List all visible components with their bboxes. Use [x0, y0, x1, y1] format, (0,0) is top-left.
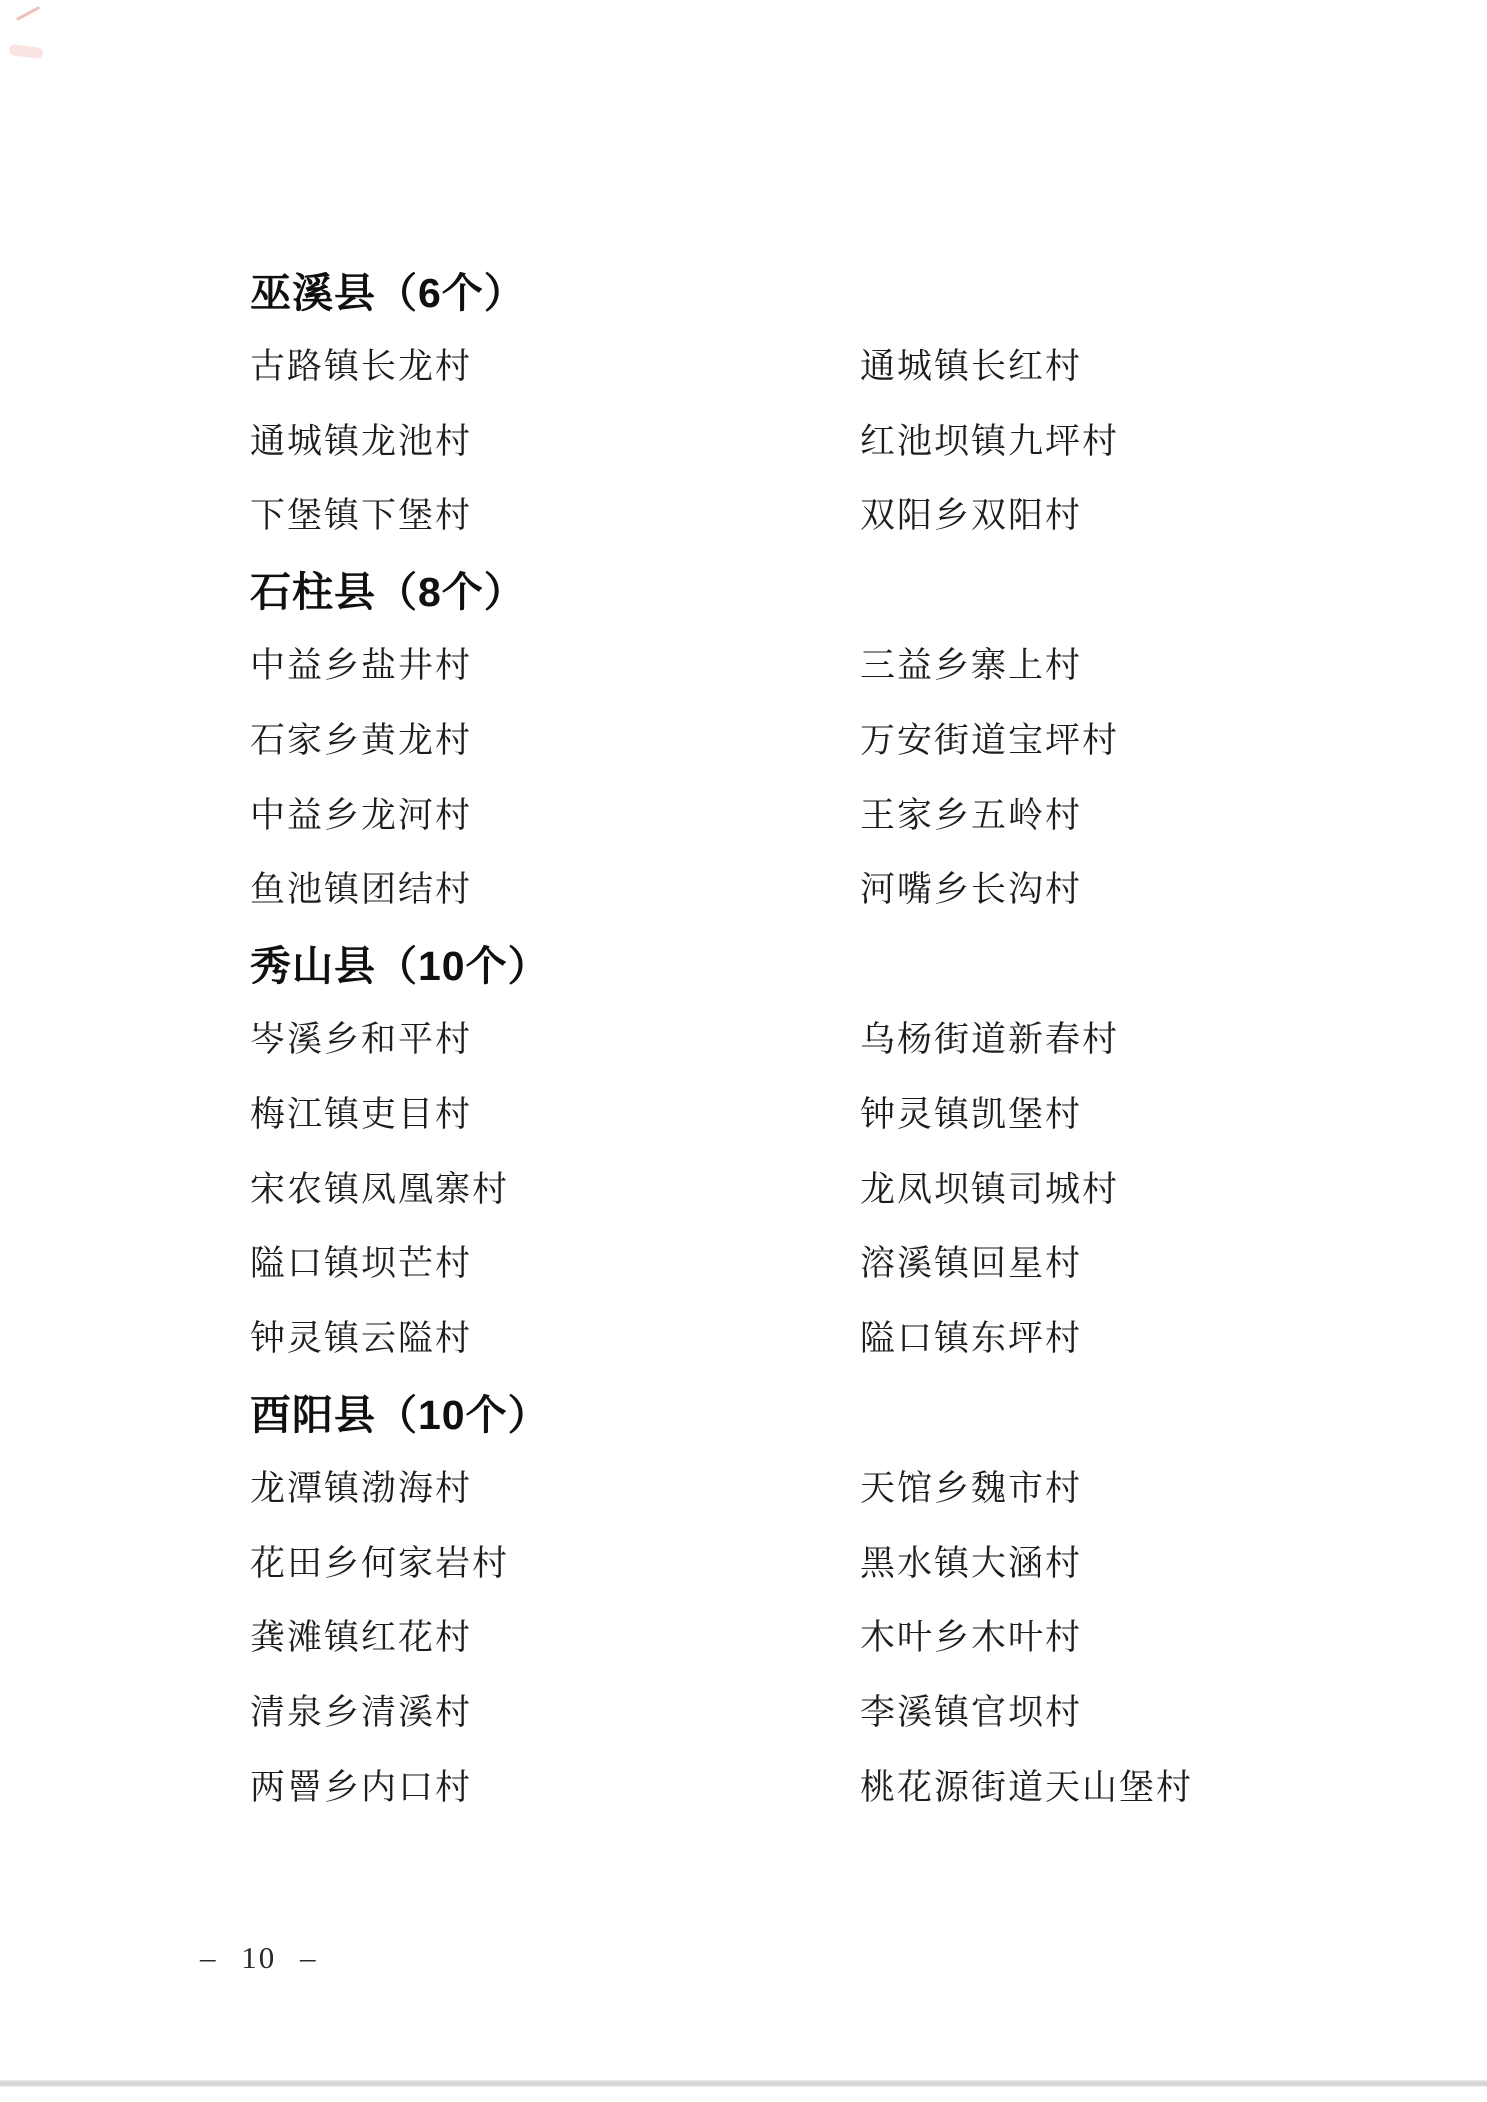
village-name-right: 桃花源街道天山堡村	[860, 1769, 1440, 1808]
village-name-left: 梅江镇吏目村	[250, 1096, 860, 1135]
village-name-left: 下堡镇下堡村	[250, 497, 860, 536]
village-name-left: 清泉乡清溪村	[250, 1694, 860, 1733]
county-heading: 石柱县（8个）	[250, 572, 526, 613]
village-name-right: 双阳乡双阳村	[860, 497, 1440, 536]
county-heading-row: 巫溪县（6个）	[250, 273, 1440, 348]
village-row: 梅江镇吏目村 钟灵镇凯堡村	[250, 1096, 1440, 1171]
village-name-right: 天馆乡魏市村	[860, 1470, 1440, 1509]
village-name-left: 鱼池镇团结村	[250, 871, 860, 910]
village-row: 隘口镇坝芒村 溶溪镇回星村	[250, 1245, 1440, 1320]
village-name-left: 龙潭镇渤海村	[250, 1470, 860, 1509]
village-name-right: 黑水镇大涵村	[860, 1545, 1440, 1584]
scanned-document-page: 巫溪县（6个） 古路镇长龙村 通城镇长红村 通城镇龙池村 红池坝镇九坪村 下堡镇…	[0, 0, 1487, 2102]
county-heading-row: 石柱县（8个）	[250, 572, 1440, 647]
village-name-right: 王家乡五岭村	[860, 797, 1440, 836]
village-name-left: 两罾乡内口村	[250, 1769, 860, 1808]
village-name-right: 三益乡寨上村	[860, 647, 1440, 686]
village-name-right: 通城镇长红村	[860, 348, 1440, 387]
red-pen-mark	[8, 44, 43, 59]
county-heading: 巫溪县（6个）	[250, 273, 526, 314]
page-bottom-edge	[0, 2080, 1487, 2087]
village-row: 中益乡龙河村 王家乡五岭村	[250, 797, 1440, 872]
village-name-right: 隘口镇东坪村	[860, 1320, 1440, 1359]
village-name-right: 木叶乡木叶村	[860, 1619, 1440, 1658]
village-name-left: 古路镇长龙村	[250, 348, 860, 387]
village-row: 花田乡何家岩村 黑水镇大涵村	[250, 1545, 1440, 1620]
red-pen-mark	[16, 6, 40, 21]
document-body: 巫溪县（6个） 古路镇长龙村 通城镇长红村 通城镇龙池村 红池坝镇九坪村 下堡镇…	[250, 273, 1440, 1844]
village-row: 龚滩镇红花村 木叶乡木叶村	[250, 1619, 1440, 1694]
village-row: 两罾乡内口村 桃花源街道天山堡村	[250, 1769, 1440, 1844]
village-name-right: 龙凤坝镇司城村	[860, 1171, 1440, 1210]
county-heading: 酉阳县（10个）	[250, 1395, 550, 1436]
village-row: 下堡镇下堡村 双阳乡双阳村	[250, 497, 1440, 572]
page-number: – 10 –	[200, 1940, 318, 1976]
village-row: 龙潭镇渤海村 天馆乡魏市村	[250, 1470, 1440, 1545]
village-name-left: 中益乡龙河村	[250, 797, 860, 836]
village-row: 清泉乡清溪村 李溪镇官坝村	[250, 1694, 1440, 1769]
village-row: 古路镇长龙村 通城镇长红村	[250, 348, 1440, 423]
village-name-left: 中益乡盐井村	[250, 647, 860, 686]
village-name-right: 钟灵镇凯堡村	[860, 1096, 1440, 1135]
village-row: 通城镇龙池村 红池坝镇九坪村	[250, 423, 1440, 498]
village-row: 宋农镇凤凰寨村 龙凤坝镇司城村	[250, 1171, 1440, 1246]
village-row: 钟灵镇云隘村 隘口镇东坪村	[250, 1320, 1440, 1395]
village-name-left: 通城镇龙池村	[250, 423, 860, 462]
village-name-left: 隘口镇坝芒村	[250, 1245, 860, 1284]
village-name-left: 花田乡何家岩村	[250, 1545, 860, 1584]
village-name-left: 石家乡黄龙村	[250, 722, 860, 761]
village-row: 岑溪乡和平村 乌杨街道新春村	[250, 1021, 1440, 1096]
village-row: 石家乡黄龙村 万安街道宝坪村	[250, 722, 1440, 797]
village-name-left: 岑溪乡和平村	[250, 1021, 860, 1060]
county-heading: 秀山县（10个）	[250, 946, 550, 987]
village-row: 中益乡盐井村 三益乡寨上村	[250, 647, 1440, 722]
village-name-right: 溶溪镇回星村	[860, 1245, 1440, 1284]
village-name-right: 万安街道宝坪村	[860, 722, 1440, 761]
village-row: 鱼池镇团结村 河嘴乡长沟村	[250, 871, 1440, 946]
village-name-right: 红池坝镇九坪村	[860, 423, 1440, 462]
village-name-right: 李溪镇官坝村	[860, 1694, 1440, 1733]
village-name-right: 河嘴乡长沟村	[860, 871, 1440, 910]
county-heading-row: 秀山县（10个）	[250, 946, 1440, 1021]
village-name-left: 龚滩镇红花村	[250, 1619, 860, 1658]
village-name-left: 宋农镇凤凰寨村	[250, 1171, 860, 1210]
county-heading-row: 酉阳县（10个）	[250, 1395, 1440, 1470]
village-name-left: 钟灵镇云隘村	[250, 1320, 860, 1359]
village-name-right: 乌杨街道新春村	[860, 1021, 1440, 1060]
